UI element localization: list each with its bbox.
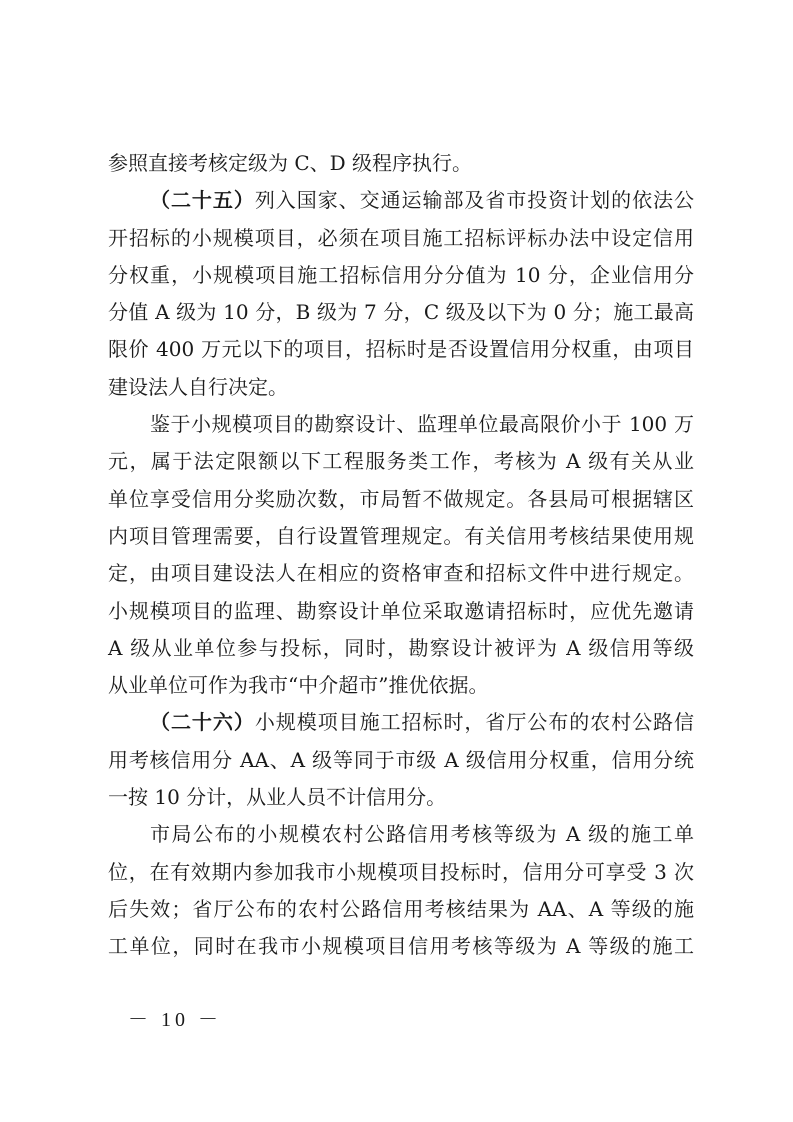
text-line: 元，属于法定限额以下工程服务类工作，考核为 A 级有关从业: [108, 443, 694, 480]
text-line: 定，由项目建设法人在相应的资格审查和招标文件中进行规定。: [108, 555, 694, 592]
line-text: 限价 400 万元以下的项目，招标时是否设置信用分权重，由项目: [108, 337, 694, 361]
line-text: 元，属于法定限额以下工程服务类工作，考核为 A 级有关从业: [108, 449, 694, 473]
line-text: 鉴于小规模项目的勘察设计、监理单位最高限价小于 100 万: [150, 412, 694, 436]
line-text: 参照直接考核定级为 C、D 级程序执行。: [108, 151, 472, 175]
text-line: 建设法人自行决定。: [108, 369, 694, 406]
section-number: （二十六）: [150, 710, 255, 734]
text-line: 单位享受信用分奖励次数，市局暂不做规定。各县局可根据辖区: [108, 481, 694, 518]
text-line: 从业单位可作为我市“中介超市”推优依据。: [108, 667, 694, 704]
line-text: 位，在有效期内参加我市小规模项目投标时，信用分可享受 3 次: [108, 860, 694, 884]
text-line: （二十六）小规模项目施工招标时，省厅公布的农村公路信: [108, 704, 694, 741]
text-line: 一按 10 分计，从业人员不计信用分。: [108, 779, 694, 816]
text-line: 参照直接考核定级为 C、D 级程序执行。: [108, 145, 694, 182]
text-line: 鉴于小规模项目的勘察设计、监理单位最高限价小于 100 万: [108, 406, 694, 443]
line-text: 后失效；省厅公布的农村公路信用考核结果为 AA、A 等级的施: [108, 897, 694, 921]
line-text: 从业单位可作为我市“中介超市”推优依据。: [108, 673, 488, 697]
line-text: 开招标的小规模项目，必须在项目施工招标评标办法中设定信用: [108, 226, 694, 250]
line-text: 小规模项目施工招标时，省厅公布的农村公路信: [255, 710, 694, 734]
line-text: 一按 10 分计，从业人员不计信用分。: [108, 785, 446, 809]
text-line: 用考核信用分 AA、A 级等同于市级 A 级信用分权重，信用分统: [108, 742, 694, 779]
line-text: 用考核信用分 AA、A 级等同于市级 A 级信用分权重，信用分统: [108, 748, 694, 772]
line-text: 小规模项目的监理、勘察设计单位采取邀请招标时，应优先邀请: [108, 599, 694, 623]
text-line: 市局公布的小规模农村公路信用考核等级为 A 级的施工单: [108, 816, 694, 853]
line-text: 单位享受信用分奖励次数，市局暂不做规定。各县局可根据辖区: [108, 487, 694, 511]
line-text: 市局公布的小规模农村公路信用考核等级为 A 级的施工单: [150, 822, 694, 846]
text-line: 后失效；省厅公布的农村公路信用考核结果为 AA、A 等级的施: [108, 891, 694, 928]
text-line: （二十五）列入国家、交通运输部及省市投资计划的依法公: [108, 182, 694, 219]
text-line: 限价 400 万元以下的项目，招标时是否设置信用分权重，由项目: [108, 331, 694, 368]
text-line: A 级从业单位参与投标，同时，勘察设计被评为 A 级信用等级: [108, 630, 694, 667]
page-number: － 10 －: [128, 1003, 222, 1032]
text-line: 小规模项目的监理、勘察设计单位采取邀请招标时，应优先邀请: [108, 593, 694, 630]
text-line: 位，在有效期内参加我市小规模项目投标时，信用分可享受 3 次: [108, 854, 694, 891]
line-text: 分权重，小规模项目施工招标信用分分值为 10 分，企业信用分: [108, 263, 694, 287]
text-line: 开招标的小规模项目，必须在项目施工招标评标办法中设定信用: [108, 220, 694, 257]
line-text: 列入国家、交通运输部及省市投资计划的依法公: [255, 188, 694, 212]
line-text: 定，由项目建设法人在相应的资格审查和招标文件中进行规定。: [108, 561, 694, 585]
line-text: 内项目管理需要，自行设置管理规定。有关信用考核结果使用规: [108, 524, 694, 548]
text-line: 内项目管理需要，自行设置管理规定。有关信用考核结果使用规: [108, 518, 694, 555]
line-text: 工单位，同时在我市小规模项目信用考核等级为 A 等级的施工: [108, 934, 694, 958]
line-text: 分值 A 级为 10 分，B 级为 7 分，C 级及以下为 0 分；施工最高: [108, 300, 694, 324]
line-text: 建设法人自行决定。: [108, 375, 288, 399]
text-line: 工单位，同时在我市小规模项目信用考核等级为 A 等级的施工: [108, 928, 694, 965]
section-number: （二十五）: [150, 188, 255, 212]
text-line: 分权重，小规模项目施工招标信用分分值为 10 分，企业信用分: [108, 257, 694, 294]
text-line: 分值 A 级为 10 分，B 级为 7 分，C 级及以下为 0 分；施工最高: [108, 294, 694, 331]
line-text: A 级从业单位参与投标，同时，勘察设计被评为 A 级信用等级: [108, 636, 694, 660]
document-page: 参照直接考核定级为 C、D 级程序执行。（二十五）列入国家、交通运输部及省市投资…: [0, 0, 793, 1122]
body-text: 参照直接考核定级为 C、D 级程序执行。（二十五）列入国家、交通运输部及省市投资…: [108, 145, 694, 966]
